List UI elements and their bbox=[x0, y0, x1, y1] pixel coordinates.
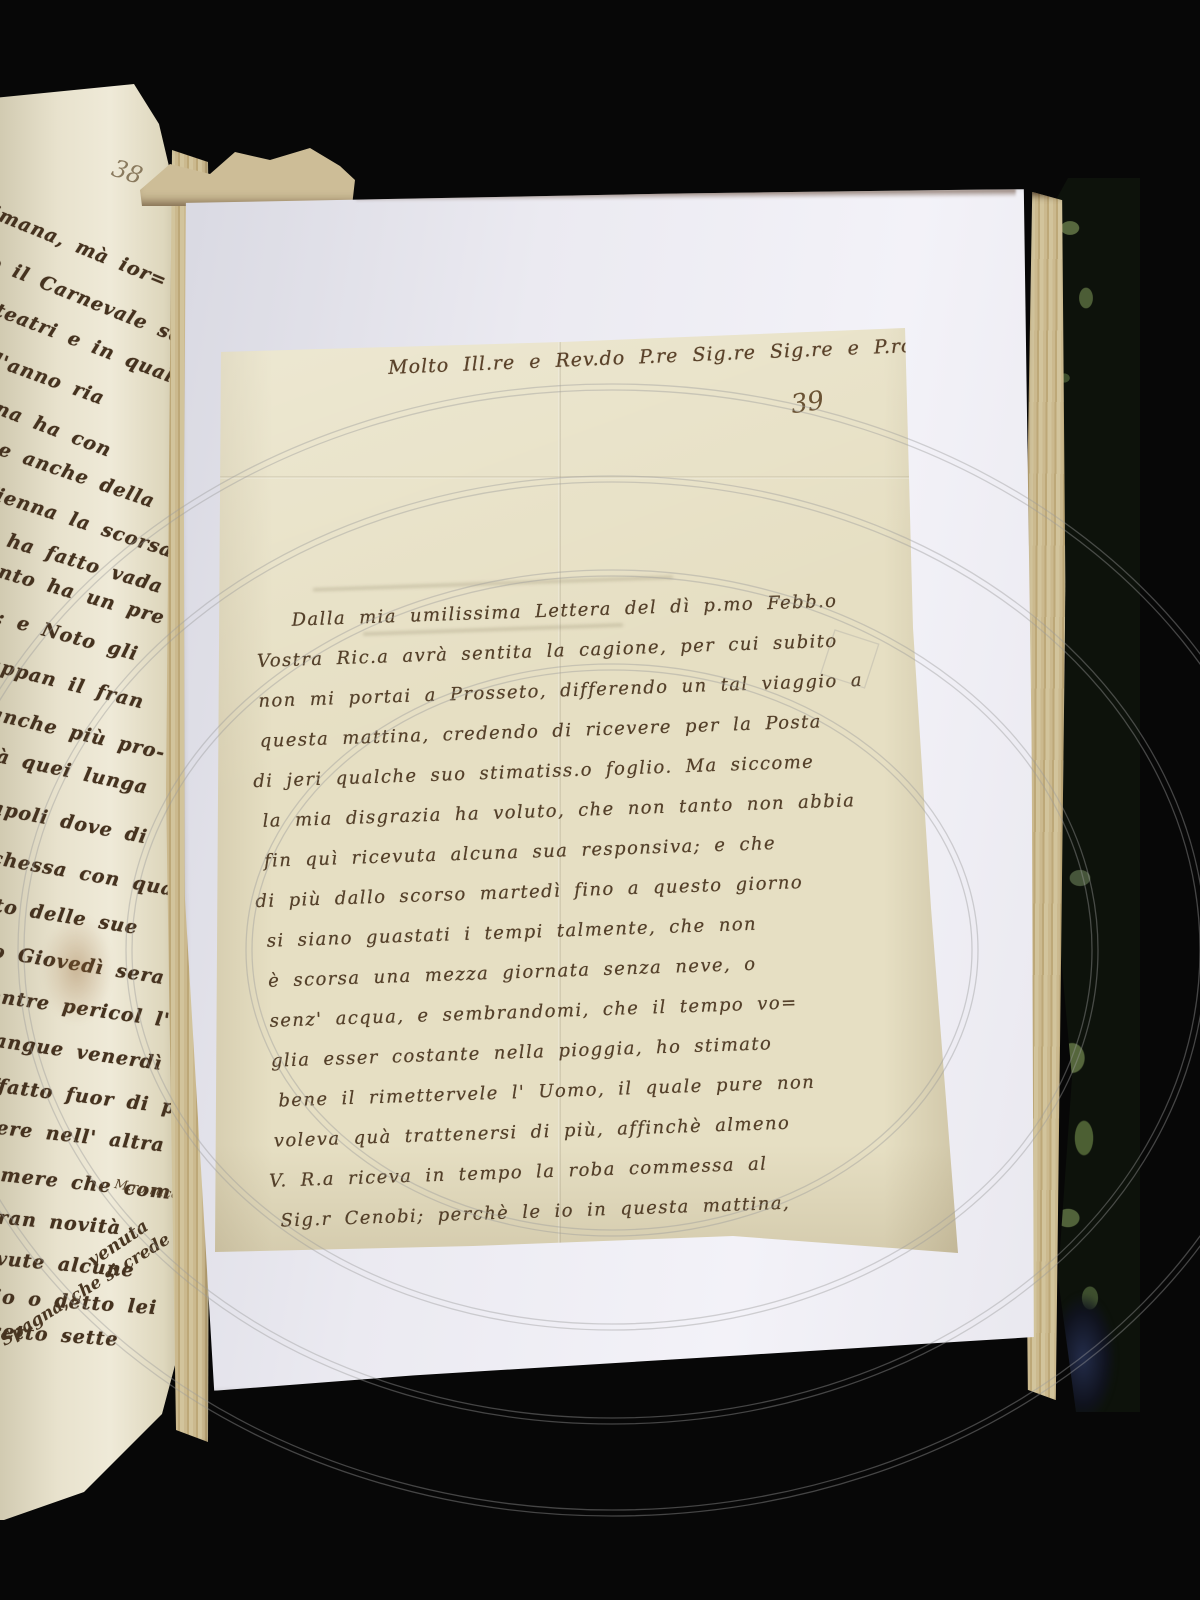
paper-stain bbox=[42, 914, 112, 1024]
manuscript-line: e gran novità bbox=[0, 1205, 122, 1238]
manuscript-line: to affatto fuor di pe- bbox=[0, 1070, 199, 1120]
manuscript-line: di sangue venerdì bbox=[0, 1025, 164, 1074]
letter-page: Molto Ill.re e Rev.do P.re Sig.re Sig.re… bbox=[213, 328, 958, 1256]
manuscript-line: i duchessa con qual bbox=[0, 840, 184, 901]
horizontal-fold-crease bbox=[213, 476, 958, 479]
manuscript-line: essere nell' altra bbox=[0, 1115, 166, 1155]
left-page-number: 38 bbox=[108, 154, 146, 190]
folio-number: 39 bbox=[789, 386, 826, 420]
burnt-top-edge bbox=[356, 189, 1016, 202]
manuscript-line: a Napoli dove di bbox=[0, 790, 149, 847]
letter-body: Dalla mia umilissima Lettera del dì p.mo… bbox=[255, 578, 957, 1241]
cover-shadow-blob bbox=[1050, 1293, 1116, 1423]
archive-photograph: 38 Settimana, mà ior=tutto il Carnevale … bbox=[0, 0, 1200, 1600]
